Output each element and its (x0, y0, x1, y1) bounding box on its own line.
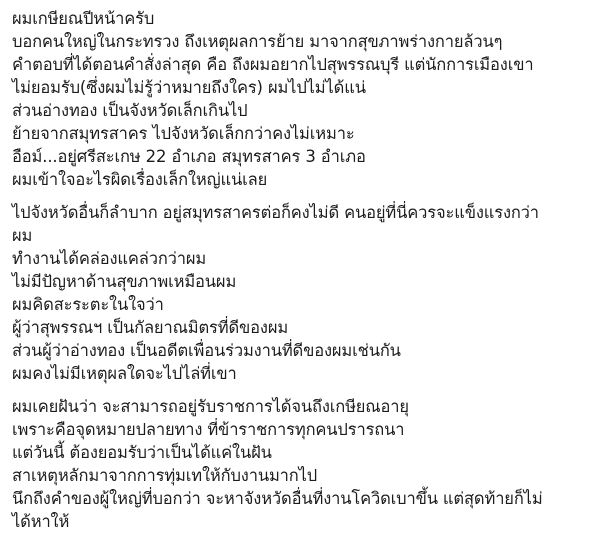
text-line: ส่วนอ่างทอง เป็นจังหวัดเล็กเกินไป (12, 99, 596, 122)
text-line: ผมคิดสะระตะในใจว่า (12, 293, 596, 316)
paragraph-2: ไปจังหวัดอื่นก็ลำบาก อยู่สมุทรสาครต่อก็ค… (12, 201, 596, 385)
text-line: ผม (12, 224, 596, 247)
text-line: อือม์...อยู่ศรีสะเกษ 22 อำเภอ สมุทรสาคร … (12, 145, 596, 168)
text-line: เพราะคือจุดหมายปลายทาง ที่ข้าราชการทุกคน… (12, 418, 596, 441)
text-line: นึกถึงคำของผู้ใหญ่ที่บอกว่า จะหาจังหวัดอ… (12, 487, 596, 510)
text-line: แต่วันนี้ ต้องยอมรับว่าเป็นได้แค่ในฝัน (12, 441, 596, 464)
text-line: ทำงานได้คล่องแคล่วกว่าผม (12, 247, 596, 270)
text-line: ผมเข้าใจอะไรผิดเรื่องเล็กใหญ่แน่เลย (12, 168, 596, 191)
paragraph-3: ผมเคยฝันว่า จะสามารถอยู่รับราชการได้จนถึ… (12, 395, 596, 533)
text-line: ไม่ยอมรับ(ซึ่งผมไม่รู้ว่าหมายถึงใคร) ผมไ… (12, 76, 596, 99)
paragraph-1: ผมเกษียณปีหน้าครับ บอกคนใหญ่ในกระทรวง ถึ… (12, 7, 596, 191)
text-line: ไม่มีปัญหาด้านสุขภาพเหมือนผม (12, 270, 596, 293)
text-line: ผมคงไม่มีเหตุผลใดจะไปไล่ที่เขา (12, 362, 596, 385)
text-line: สาเหตุหลักมาจากการทุ่มเทให้กับงานมากไป (12, 464, 596, 487)
text-line: ได้หาให้ (12, 510, 596, 533)
text-line: ส่วนผู้ว่าอ่างทอง เป็นอดีตเพื่อนร่วมงานท… (12, 339, 596, 362)
text-line: ย้ายจากสมุทรสาคร ไปจังหวัดเล็กกว่าคงไม่เ… (12, 122, 596, 145)
text-line: ผู้ว่าสุพรรณฯ เป็นกัลยาณมิตรที่ดีของผม (12, 316, 596, 339)
text-line: ผมเคยฝันว่า จะสามารถอยู่รับราชการได้จนถึ… (12, 395, 596, 418)
post-body: ผมเกษียณปีหน้าครับ บอกคนใหญ่ในกระทรวง ถึ… (12, 7, 596, 543)
text-line: คำตอบที่ได้ตอนคำสั่งล่าสุด คือ ถึงผมอยาก… (12, 53, 596, 76)
text-line: บอกคนใหญ่ในกระทรวง ถึงเหตุผลการย้าย มาจา… (12, 30, 596, 53)
text-line: ผมเกษียณปีหน้าครับ (12, 7, 596, 30)
text-line: ไปจังหวัดอื่นก็ลำบาก อยู่สมุทรสาครต่อก็ค… (12, 201, 596, 224)
